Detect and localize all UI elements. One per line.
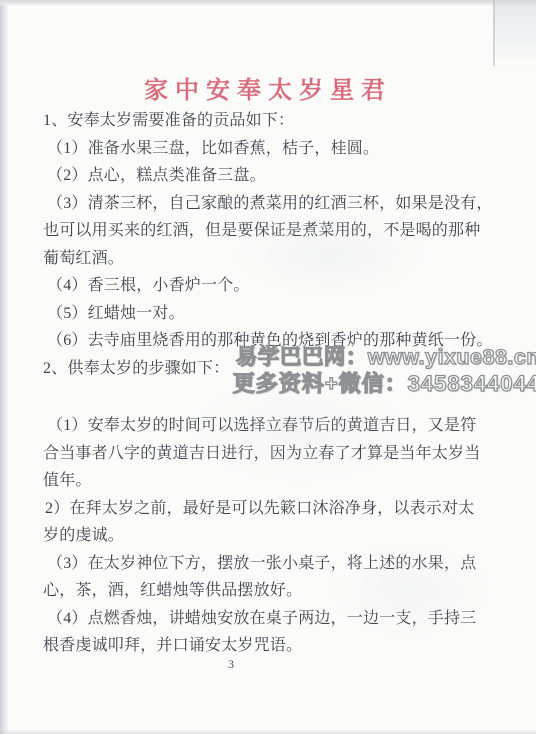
text-line: 葡萄红酒。 <box>43 245 496 273</box>
text-line: 也可以用买来的红酒，但是要保证是煮菜用的，不是喝的那种 <box>43 217 496 245</box>
text-line: 1、安奉太岁需要准备的贡品如下： <box>43 107 496 135</box>
text-line: 根香虔诚叩拜，并口诵安太岁咒语。 <box>43 632 496 660</box>
text-line: （2）点心，糕点类准备三盘。 <box>43 162 496 190</box>
text-line: （3）在太岁神位下方，摆放一张小桌子，将上述的水果，点 <box>43 550 496 578</box>
scan-edge-top <box>0 0 536 6</box>
page-number: 3 <box>228 656 234 672</box>
text-line: 岁的虔诚。 <box>43 522 496 550</box>
scan-edge-right <box>493 0 536 66</box>
text-line: 2）在拜太岁之前，最好是可以先簌口沐浴净身，以表示对太 <box>43 495 496 523</box>
scanned-page: 家中安奉太岁星君 1、安奉太岁需要准备的贡品如下： （1）准备水果三盘，比如香蕉… <box>0 0 536 734</box>
page-title: 家中安奉太岁星君 <box>0 70 536 105</box>
text-line: （4）香三根，小香炉一个。 <box>43 272 496 300</box>
scan-edge-left <box>0 0 8 734</box>
text-line: 值年。 <box>43 467 496 495</box>
watermark-wechat-contact: 更多资料+微信：3458344044 <box>233 367 536 398</box>
scan-edge-bottom <box>0 729 536 734</box>
text-line: （5）红蜡烛一对。 <box>43 300 496 328</box>
text-line: （1）准备水果三盘，比如香蕉，桔子，桂圆。 <box>43 135 496 163</box>
text-line: （1）安奉太岁的时间可以选择立春节后的黄道吉日，又是符 <box>43 412 496 440</box>
text-line: （4）点燃香烛，讲蜡烛安放在桌子两边，一边一支，手持三 <box>43 605 496 633</box>
text-line: 合当事者八字的黄道吉日进行，因为立春了才算是当年太岁当 <box>43 440 496 468</box>
text-line: 心，茶，酒，红蜡烛等供品摆放好。 <box>43 577 496 605</box>
text-line: （3）清茶三杯，自己家酿的煮菜用的红酒三杯，如果是没有， <box>43 190 496 218</box>
